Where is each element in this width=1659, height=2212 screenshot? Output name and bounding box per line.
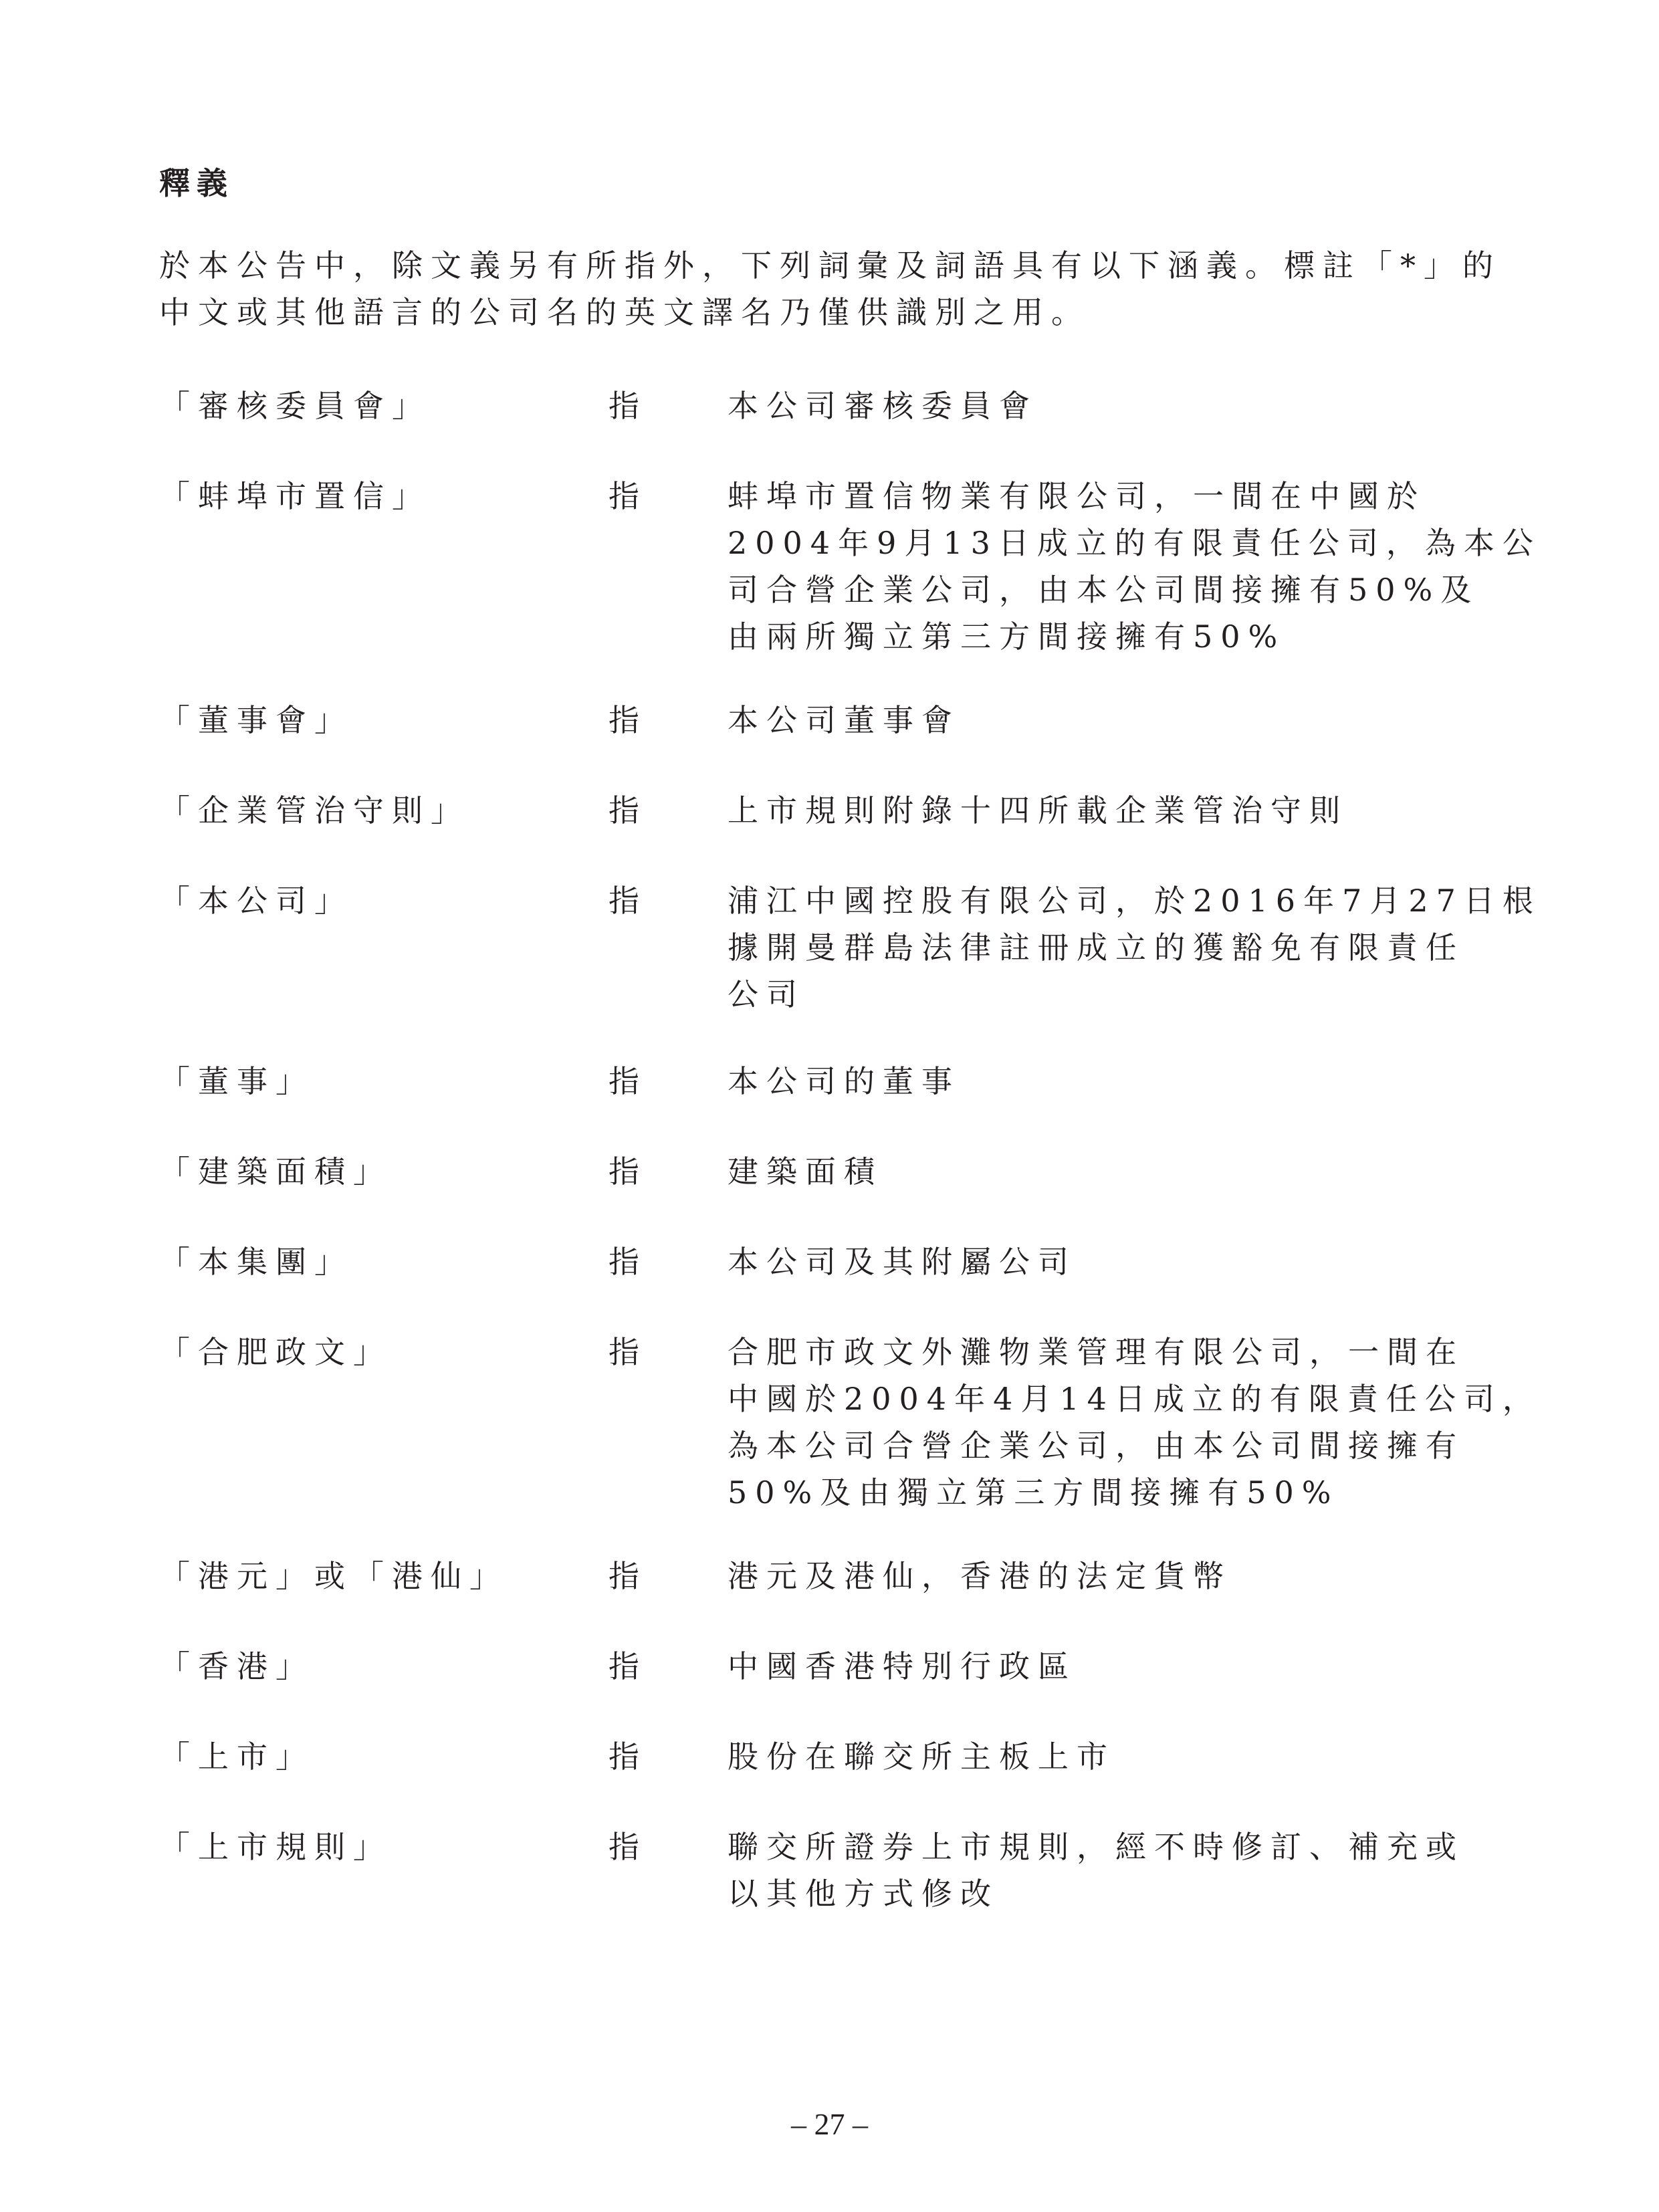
definition-term: 「董事」 bbox=[159, 1058, 314, 1105]
meaning-line: 股份在聯交所主板上市 bbox=[728, 1733, 1518, 1780]
means-label: 指 bbox=[609, 1823, 647, 1870]
definition-meaning: 中國香港特別行政區 bbox=[728, 1643, 1518, 1690]
meaning-line: 本公司董事會 bbox=[728, 697, 1518, 744]
meaning-line: 公司 bbox=[728, 971, 1518, 1018]
means-label: 指 bbox=[609, 1148, 647, 1195]
definition-meaning: 合肥市政文外灘物業管理有限公司，一間在 中國於2004年4月14日成立的有限責任… bbox=[728, 1329, 1518, 1516]
means-label: 指 bbox=[609, 877, 647, 924]
definition-term: 「本公司」 bbox=[159, 877, 353, 924]
meaning-line: 中國香港特別行政區 bbox=[728, 1643, 1518, 1690]
means-label: 指 bbox=[609, 473, 647, 520]
definition-meaning: 聯交所證券上市規則，經不時修訂、補充或 以其他方式修改 bbox=[728, 1823, 1518, 1917]
definition-term: 「上市規則」 bbox=[159, 1823, 392, 1870]
definition-term: 「審核委員會」 bbox=[159, 382, 431, 429]
definition-term: 「上市」 bbox=[159, 1733, 314, 1780]
means-label: 指 bbox=[609, 787, 647, 834]
intro-line: 中文或其他語言的公司名的英文譯名乃僅供識別之用。 bbox=[159, 289, 1517, 336]
section-heading: 釋義 bbox=[159, 159, 234, 203]
definition-term: 「本集團」 bbox=[159, 1238, 353, 1285]
definition-meaning: 股份在聯交所主板上市 bbox=[728, 1733, 1518, 1780]
definition-meaning: 本公司及其附屬公司 bbox=[728, 1238, 1518, 1285]
meaning-line: 中國於2004年4月14日成立的有限責任公司， bbox=[728, 1375, 1518, 1422]
definition-term: 「港元」或「港仙」 bbox=[159, 1553, 508, 1599]
definition-meaning: 港元及港仙，香港的法定貨幣 bbox=[728, 1553, 1518, 1599]
meaning-line: 聯交所證券上市規則，經不時修訂、補充或 bbox=[728, 1823, 1518, 1870]
means-label: 指 bbox=[609, 1329, 647, 1375]
definition-term: 「董事會」 bbox=[159, 697, 353, 744]
definition-term: 「建築面積」 bbox=[159, 1148, 392, 1195]
means-label: 指 bbox=[609, 1553, 647, 1599]
meaning-line: 2004年9月13日成立的有限責任公司，為本公 bbox=[728, 520, 1518, 566]
definition-meaning: 蚌埠市置信物業有限公司，一間在中國於 2004年9月13日成立的有限責任公司，為… bbox=[728, 473, 1518, 660]
means-label: 指 bbox=[609, 1058, 647, 1105]
intro-line: 於本公告中，除文義另有所指外，下列詞彙及詞語具有以下涵義。標註「*」的 bbox=[159, 242, 1517, 289]
definition-meaning: 本公司的董事 bbox=[728, 1058, 1518, 1105]
definition-term: 「香港」 bbox=[159, 1643, 314, 1690]
meaning-line: 蚌埠市置信物業有限公司，一間在中國於 bbox=[728, 473, 1518, 520]
meaning-line: 司合營企業公司，由本公司間接擁有50%及 bbox=[728, 566, 1518, 613]
meaning-line: 由兩所獨立第三方間接擁有50% bbox=[728, 613, 1518, 660]
definition-meaning: 建築面積 bbox=[728, 1148, 1518, 1195]
definition-term: 「蚌埠市置信」 bbox=[159, 473, 431, 520]
means-label: 指 bbox=[609, 382, 647, 429]
meaning-line: 本公司審核委員會 bbox=[728, 382, 1518, 429]
meaning-line: 港元及港仙，香港的法定貨幣 bbox=[728, 1553, 1518, 1599]
definition-meaning: 上市規則附錄十四所載企業管治守則 bbox=[728, 787, 1518, 834]
meaning-line: 本公司的董事 bbox=[728, 1058, 1518, 1105]
meaning-line: 本公司及其附屬公司 bbox=[728, 1238, 1518, 1285]
meaning-line: 合肥市政文外灘物業管理有限公司，一間在 bbox=[728, 1329, 1518, 1375]
meaning-line: 上市規則附錄十四所載企業管治守則 bbox=[728, 787, 1518, 834]
page-number: – 27 – bbox=[0, 2106, 1659, 2142]
meaning-line: 據開曼群島法律註冊成立的獲豁免有限責任 bbox=[728, 924, 1518, 971]
means-label: 指 bbox=[609, 1733, 647, 1780]
intro-paragraph: 於本公告中，除文義另有所指外，下列詞彙及詞語具有以下涵義。標註「*」的 中文或其… bbox=[159, 242, 1517, 336]
meaning-line: 50%及由獨立第三方間接擁有50% bbox=[728, 1469, 1518, 1516]
definition-term: 「合肥政文」 bbox=[159, 1329, 392, 1375]
means-label: 指 bbox=[609, 1238, 647, 1285]
definition-meaning: 本公司董事會 bbox=[728, 697, 1518, 744]
meaning-line: 浦江中國控股有限公司，於2016年7月27日根 bbox=[728, 877, 1518, 924]
definition-term: 「企業管治守則」 bbox=[159, 787, 469, 834]
definition-meaning: 浦江中國控股有限公司，於2016年7月27日根 據開曼群島法律註冊成立的獲豁免有… bbox=[728, 877, 1518, 1018]
document-page: 釋義 於本公告中，除文義另有所指外，下列詞彙及詞語具有以下涵義。標註「*」的 中… bbox=[0, 0, 1659, 2212]
meaning-line: 為本公司合營企業公司，由本公司間接擁有 bbox=[728, 1422, 1518, 1469]
meaning-line: 以其他方式修改 bbox=[728, 1870, 1518, 1917]
meaning-line: 建築面積 bbox=[728, 1148, 1518, 1195]
means-label: 指 bbox=[609, 697, 647, 744]
means-label: 指 bbox=[609, 1643, 647, 1690]
definition-meaning: 本公司審核委員會 bbox=[728, 382, 1518, 429]
